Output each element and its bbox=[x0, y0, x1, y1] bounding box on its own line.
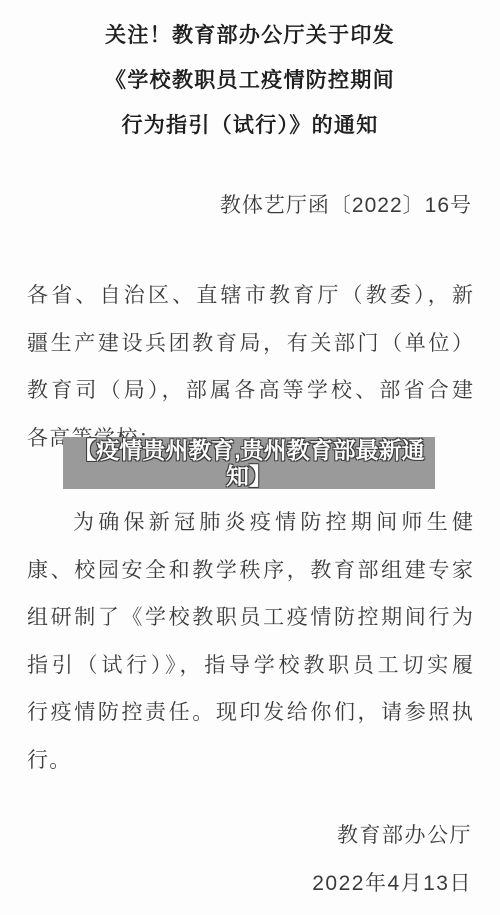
signature-block: 教育部办公厅 2022年4月13日 bbox=[0, 812, 500, 907]
sign-date: 2022年4月13日 bbox=[0, 860, 472, 908]
title-line: 《学校教职员工疫情防控期间 bbox=[0, 58, 500, 103]
text-line: 组研制了《学校教职员工疫情防控期间行为 bbox=[27, 594, 473, 642]
text-line: 行疫情防控责任。现印发给你们，请参照执 bbox=[27, 689, 473, 737]
signature: 教育部办公厅 bbox=[0, 812, 472, 860]
title-line: 关注！教育部办公厅关于印发 bbox=[0, 13, 500, 58]
document-number: 教体艺厅函〔2022〕16号 bbox=[0, 183, 500, 228]
text-line: 教育司（局），部属各高等学校、部省合建 bbox=[27, 367, 473, 415]
notice-document: 关注！教育部办公厅关于印发 《学校教职员工疫情防控期间 行为指引（试行）》的通知… bbox=[0, 0, 500, 915]
notice-title: 关注！教育部办公厅关于印发 《学校教职员工疫情防控期间 行为指引（试行）》的通知 bbox=[0, 13, 500, 148]
watermark-overlay: 【疫情贵州教育,贵州教育部最新通知】 bbox=[63, 437, 435, 489]
text-line: 各省、自治区、直辖市教育厅（教委），新 bbox=[27, 272, 473, 320]
body-paragraph: 为确保新冠肺炎疫情防控期间师生健 康、校园安全和教学秩序，教育部组建专家 组研制… bbox=[27, 499, 473, 784]
text-line: 疆生产建设兵团教育局，有关部门（单位） bbox=[27, 320, 473, 368]
text-line: 为确保新冠肺炎疫情防控期间师生健 bbox=[27, 499, 473, 547]
title-line: 行为指引（试行）》的通知 bbox=[0, 103, 500, 148]
text-line: 康、校园安全和教学秩序，教育部组建专家 bbox=[27, 547, 473, 595]
text-line: 指引（试行）》，指导学校教职员工切实履 bbox=[27, 642, 473, 690]
text-line: 行。 bbox=[27, 737, 473, 785]
salutation-paragraph: 各省、自治区、直辖市教育厅（教委），新 疆生产建设兵团教育局，有关部门（单位） … bbox=[27, 272, 473, 462]
